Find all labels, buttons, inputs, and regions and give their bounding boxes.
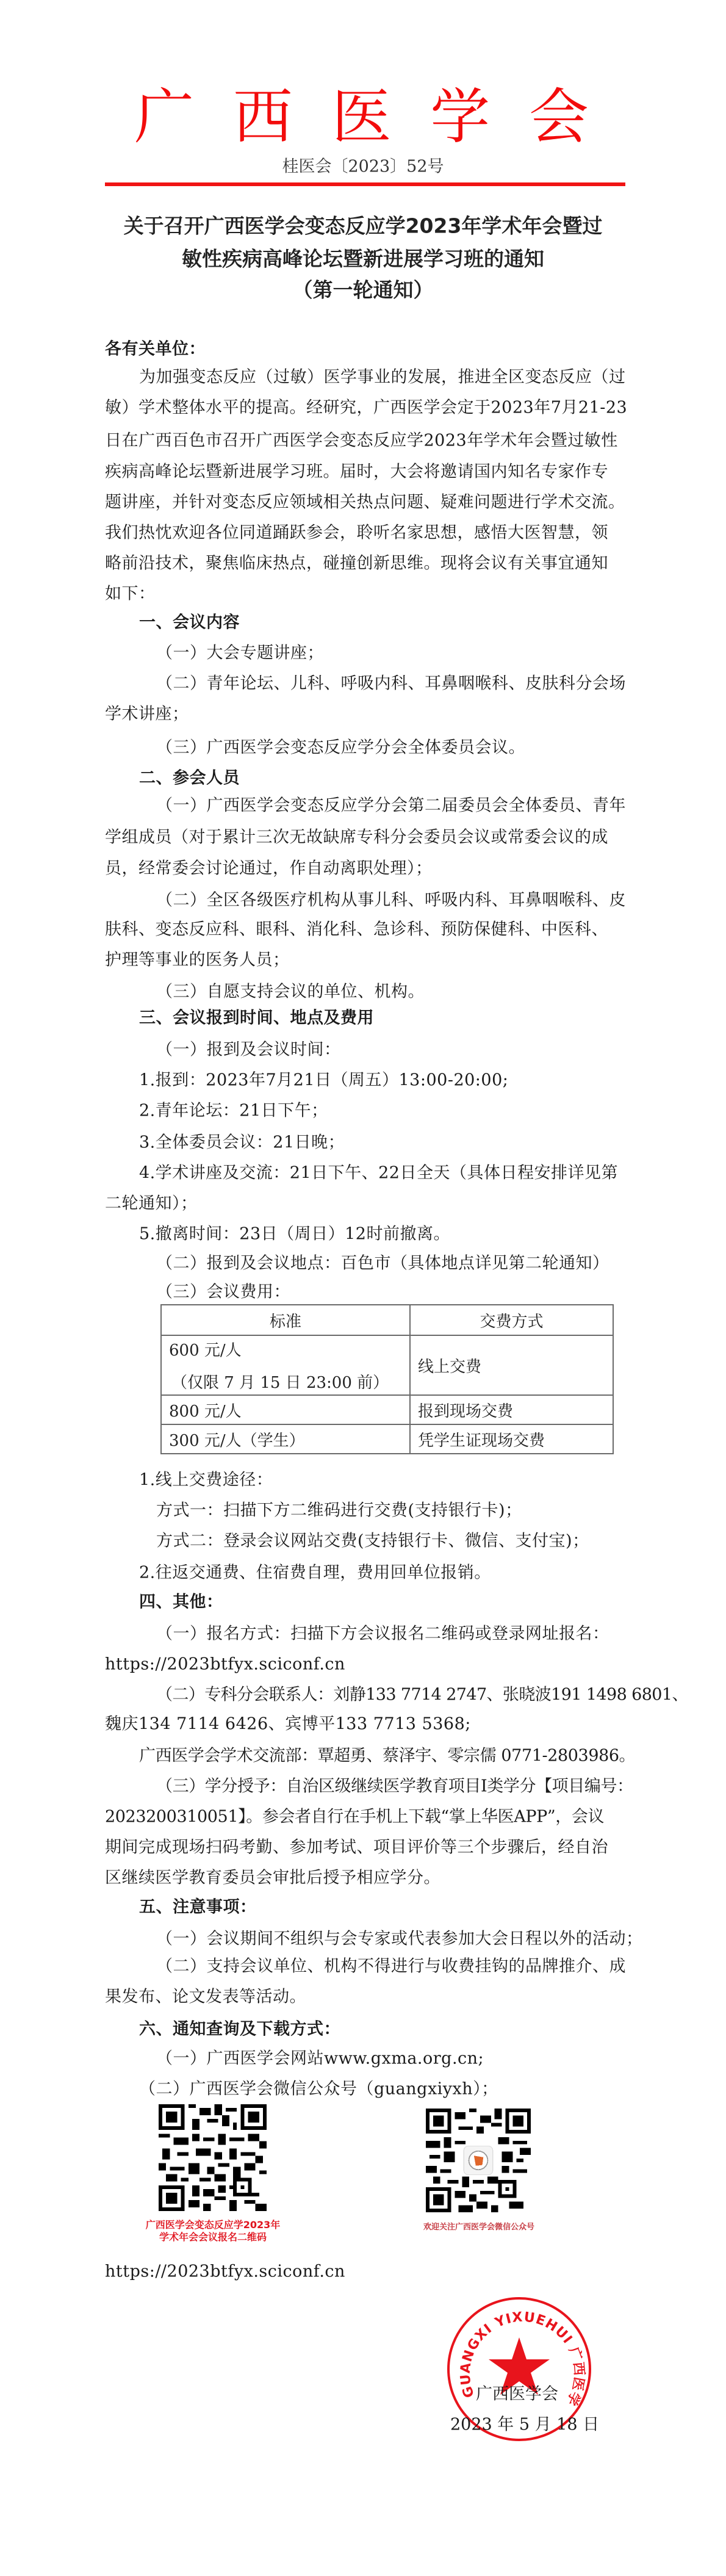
masthead-char: 会 [529, 87, 589, 147]
intro-line: 为加强变态反应（过敏）医学事业的发展，推进全区变态反应（过 [139, 369, 626, 386]
section2-item: 学组成员（对于累计三次无故缺席专科分会委员会议或常委会议的成 [105, 829, 608, 846]
fee-standard: 800 元/人 [161, 1395, 410, 1424]
signature-date: 2023 年 5 月 18 日 [450, 2411, 599, 2435]
intro-line: 日在广西百色市召开广西医学会变态反应学2023年学术年会暨过敏性 [105, 433, 618, 449]
masthead-char: 医 [331, 87, 391, 147]
table-header-row: 标准 交费方式 [161, 1305, 613, 1335]
schedule-item: 3.全体委员会议：21日晚； [139, 1135, 345, 1151]
fee-method: 凭学生证现场交费 [410, 1424, 613, 1454]
section2-item: （一）广西医学会变态反应学分会第二届委员会全体委员、青年 [156, 798, 626, 814]
schedule-item: 4.学术讲座及交流：21日下午、22日全天（具体日程安排详见第 [139, 1165, 618, 1182]
registration-link[interactable]: https://2023btfyx.sciconf.cn [105, 1656, 345, 1673]
table-row: 800 元/人 报到现场交费 [161, 1395, 613, 1424]
schedule-item: 5.撤离时间：23日（周日）12时前撤离。 [139, 1226, 450, 1243]
table-header: 交费方式 [410, 1305, 613, 1335]
section-heading-1: 一、会议内容 [139, 615, 240, 631]
schedule-item: 2.青年论坛：21日下午； [139, 1103, 328, 1119]
other-line: （三）学分授予：自治区级继续医学教育项目I类学分【项目编号： [156, 1778, 633, 1795]
section2-item: （三）自愿支持会议的单位、机构。 [156, 984, 425, 1000]
section1-item: （二）青年论坛、儿科、呼吸内科、耳鼻咽喉科、皮肤科分会场 [156, 676, 626, 692]
masthead-divider [105, 182, 625, 186]
notice-line: （一）会议期间不组织与会专家或代表参加大会日程以外的活动； [156, 1931, 643, 1947]
other-line: 区继续医学教育委员会审批后授予相应学分。 [105, 1870, 440, 1886]
caption-line: 学术年会会议报名二维码 [142, 2232, 284, 2242]
intro-line: 疾病高峰论坛暨新进展学习班。届时，大会将邀请国内知名专家作专 [105, 464, 608, 480]
location: （二）报到及会议地点：百色市（具体地点详见第二轮通知） [156, 1255, 609, 1272]
table-header: 标准 [161, 1305, 410, 1335]
section1-item: （三）广西医学会变态反应学分会全体委员会议。 [156, 740, 525, 756]
intro-line: 题讲座，并针对变态反应领域相关热点问题、疑难问题进行学术交流。 [105, 494, 625, 511]
intro-line: 略前沿技术，聚焦临床热点，碰撞创新思维。现将会议有关事宜通知 [105, 555, 608, 572]
fee-heading: （三）会议费用： [156, 1284, 290, 1301]
section1-item: 学术讲座； [105, 706, 189, 723]
intro-line: 敏）学术整体水平的提高。经研究，广西医学会定于2023年7月21-23 [105, 400, 627, 416]
other-line: 2023200310051】。参会者自行在手机上下载“掌上华医APP”，会议 [105, 1809, 604, 1825]
wechat-qr-code-icon[interactable] [426, 2109, 531, 2212]
document-number: 桂医会〔2023〕52号 [0, 153, 726, 177]
wechat-qr-caption: 欢迎关注广西医学会微信公众号 [415, 2223, 543, 2231]
other-line: 魏庆134 7114 6426、宾博平133 7713 5368; [105, 1716, 471, 1733]
document-title-line-2: 敏性疾病高峰论坛暨新进展学习班的通知 [0, 244, 726, 272]
website-link[interactable]: （一）广西医学会网站www.gxma.org.cn; [156, 2051, 484, 2067]
fee-method: 报到现场交费 [410, 1395, 613, 1424]
section-heading-4: 四、其他： [139, 1594, 223, 1611]
schedule-item: 二轮通知）； [105, 1196, 198, 1212]
salutation: 各有关单位： [105, 341, 206, 358]
fee-method: 线上交费 [410, 1335, 613, 1395]
payment-line: 方式二：登录会议网站交费(支持银行卡、微信、支付宝)； [156, 1533, 589, 1550]
masthead-char: 西 [233, 87, 293, 147]
other-line: 期间完成现场扫码考勤、参加考试、项目评价等三个步骤后，经自治 [105, 1839, 608, 1856]
fee-standard: 300 元/人（学生） [161, 1424, 410, 1454]
payment-line: 1.线上交费途径： [139, 1472, 273, 1488]
other-line: （二）专科分会联系人：刘静133 7714 2747、张晓波191 1498 6… [156, 1687, 688, 1703]
table-row: 600 元/人 （仅限 7 月 15 日 23:00 前） 线上交费 [161, 1335, 613, 1395]
section2-item: 肤科、变态反应科、眼科、消化科、急诊科、预防保健科、中医科、 [105, 922, 608, 938]
payment-line: 2.往返交通费、住宿费自理，费用回单位报销。 [139, 1565, 491, 1581]
table-cell: 600 元/人 （仅限 7 月 15 日 23:00 前） [161, 1335, 410, 1395]
registration-qr-caption: 广西医学会变态反应学2023年 学术年会会议报名二维码 [142, 2220, 284, 2242]
masthead-char: 广 [134, 87, 194, 147]
signature-org: 广西医学会 [476, 2381, 558, 2405]
section2-item: 护理等事业的医务人员； [105, 952, 290, 969]
fee-table: 标准 交费方式 600 元/人 （仅限 7 月 15 日 23:00 前） 线上… [160, 1304, 614, 1454]
notice-line: 果发布、论文发表等活动。 [105, 1989, 306, 2005]
section-heading-5: 五、注意事项： [139, 1899, 257, 1916]
intro-line: 我们热忱欢迎各位同道踊跃参会，聆听名家思想，感悟大医智慧，领 [105, 525, 608, 541]
schedule-item: 1.报到：2023年7月21日（周五）13:00-20:00; [139, 1072, 508, 1089]
registration-url[interactable]: https://2023btfyx.sciconf.cn [105, 2264, 345, 2280]
masthead-char: 学 [430, 87, 490, 147]
caption-line: 欢迎关注广西医学会微信公众号 [415, 2223, 543, 2231]
section-heading-6: 六、通知查询及下载方式： [139, 2021, 340, 2038]
fee-standard-note: （仅限 7 月 15 日 23:00 前） [169, 1370, 402, 1393]
document-title-line-3: （第一轮通知） [0, 275, 726, 303]
section-heading-2: 二、参会人员 [139, 770, 240, 787]
masthead-title: 广 西 医 学 会 [134, 85, 589, 149]
payment-line: 方式一：扫描下方二维码进行交费(支持银行卡)； [156, 1503, 522, 1519]
fee-standard: 600 元/人 [169, 1341, 242, 1360]
caption-line: 广西医学会变态反应学2023年 [142, 2220, 284, 2230]
notice-line: （二）支持会议单位、机构不得进行与收费挂钩的品牌推介、成 [156, 1958, 626, 1975]
section2-item: 员，经常委会讨论通过，作自动离职处理）； [105, 860, 433, 877]
section2-item: （二）全区各级医疗机构从事儿科、呼吸内科、耳鼻咽喉科、皮 [156, 892, 626, 909]
other-line: （一）报名方式：扫描下方会议报名二维码或登录网址报名： [156, 1626, 609, 1642]
intro-line: 如下： [105, 586, 156, 602]
document-title-line-1: 关于召开广西医学会变态反应学2023年学术年会暨过 [0, 211, 726, 239]
table-row: 300 元/人（学生） 凭学生证现场交费 [161, 1424, 613, 1454]
section1-item: （一）大会专题讲座； [156, 645, 324, 662]
time-heading: （一）报到及会议时间： [156, 1042, 341, 1058]
section-heading-3: 三、会议报到时间、地点及费用 [139, 1010, 374, 1026]
wechat-account: （二）广西医学会微信公众号（guangxiyxh）； [139, 2081, 498, 2098]
registration-qr-code-icon[interactable] [159, 2104, 267, 2211]
other-line: 广西医学会学术交流部：覃超勇、蔡泽宇、零宗儒 0771-2803986。 [139, 1748, 635, 1764]
